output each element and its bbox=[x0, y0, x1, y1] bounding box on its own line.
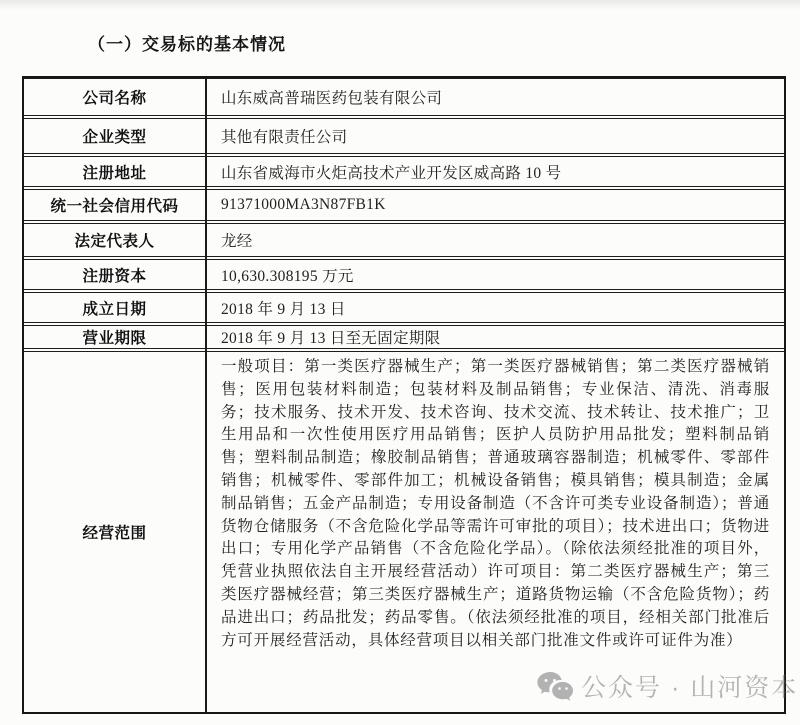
row-value: 山东威高普瑞医药包装有限公司 bbox=[205, 79, 784, 115]
table-row: 营业期限 2018 年 9 月 13 日至无固定期限 bbox=[24, 325, 784, 349]
row-label: 统一社会信用代码 bbox=[24, 190, 205, 220]
row-value: 山东省威海市火炬高技术产业开发区威高路 10 号 bbox=[205, 157, 784, 186]
row-value: 一般项目：第一类医疗器械生产；第一类医疗器械销售；第二类医疗器械销售；医用包装材… bbox=[205, 352, 784, 712]
row-value: 其他有限责任公司 bbox=[205, 119, 784, 153]
table-row: 法定代表人 龙经 bbox=[24, 223, 784, 257]
row-label: 公司名称 bbox=[24, 79, 205, 115]
row-label: 注册资本 bbox=[24, 260, 205, 289]
page-title: （一）交易标的基本情况 bbox=[88, 30, 286, 55]
table-row-business-scope: 经营范围 一般项目：第一类医疗器械生产；第一类医疗器械销售；第二类医疗器械销售；… bbox=[24, 351, 784, 712]
table-row: 公司名称 山东威高普瑞医药包装有限公司 bbox=[24, 78, 784, 116]
table-row: 注册地址 山东省威海市火炬高技术产业开发区威高路 10 号 bbox=[24, 156, 784, 187]
row-value: 10,630.308195 万元 bbox=[205, 260, 784, 289]
row-label: 法定代表人 bbox=[24, 224, 205, 256]
row-value: 2018 年 9 月 13 日 bbox=[205, 293, 784, 322]
row-label: 注册地址 bbox=[24, 157, 205, 186]
row-label: 经营范围 bbox=[24, 352, 205, 712]
table-row: 企业类型 其他有限责任公司 bbox=[24, 118, 784, 154]
row-value: 龙经 bbox=[205, 224, 784, 256]
table-row: 统一社会信用代码 91371000MA3N87FB1K bbox=[24, 189, 784, 221]
column-divider bbox=[205, 78, 207, 712]
row-label: 成立日期 bbox=[24, 293, 205, 322]
table-row: 注册资本 10,630.308195 万元 bbox=[24, 259, 784, 290]
row-label: 营业期限 bbox=[24, 326, 205, 348]
company-info-table: 公司名称 山东威高普瑞医药包装有限公司 企业类型 其他有限责任公司 注册地址 山… bbox=[22, 76, 786, 714]
row-value: 91371000MA3N87FB1K bbox=[205, 190, 784, 220]
scan-edge-shading bbox=[0, 0, 800, 10]
table-row: 成立日期 2018 年 9 月 13 日 bbox=[24, 292, 784, 323]
row-value: 2018 年 9 月 13 日至无固定期限 bbox=[205, 326, 784, 348]
row-label: 企业类型 bbox=[24, 119, 205, 153]
